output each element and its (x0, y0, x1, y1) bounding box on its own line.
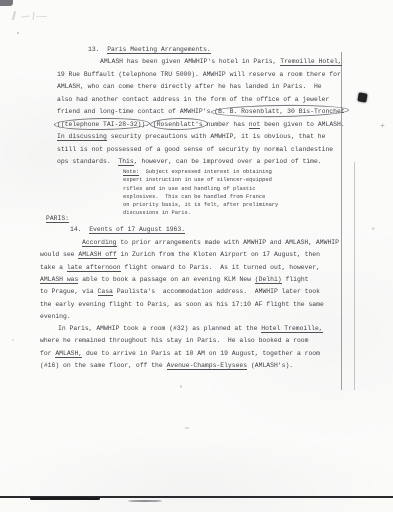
underlined-text: Paris Meeting Arrangements. (107, 46, 211, 54)
text-segment: for (40, 350, 55, 357)
text-segment: flight (282, 276, 309, 283)
text-segment: would see (40, 251, 78, 258)
document-line: According to prior arrangements made wit… (82, 239, 339, 247)
document-line: friend and long-time contact of AMWHIP's… (57, 108, 345, 116)
scanned-document-page: 13. Paris Meeting Arrangements.AMLASH ha… (0, 0, 393, 512)
text-segment: flight onward to Paris. As it turned out… (121, 264, 320, 271)
text-segment: (AMLASH's). (247, 362, 293, 369)
text-segment: 19 Rue Buffault (telephone TRU 5000). AM… (57, 71, 341, 78)
document-line: explosives. This can be handled from Fra… (123, 193, 265, 201)
text-segment: security precautions with AMWHIP, it is … (107, 133, 326, 140)
document-line: In discussing security precautions with … (57, 133, 325, 141)
document-line: 14. Events of 17 August 1963. (70, 226, 185, 234)
document-line: Note: Subject expressed interest in obta… (123, 168, 272, 176)
text-segment: (#16) on the same floor, off the (40, 362, 167, 369)
document-line: In Paris, AMWHIP took a room (#32) as pl… (58, 325, 323, 333)
text-segment: friend and long-time contact of AMWHIP's (57, 108, 214, 115)
document-line: AMLASH, who can come there directly afte… (57, 83, 322, 91)
underlined-text: AMLASH off (78, 251, 116, 259)
document-line: ((telephone TAI-28-32)). (Rosenblatt's n… (57, 121, 345, 129)
underlined-text: Tremoille Hotel, (280, 58, 341, 66)
document-line: the early evening flight to Paris, as so… (40, 301, 324, 309)
document-line: would see AMLASH off in Zurich from the … (40, 251, 320, 259)
document-line: to Prague, via Casa Paulista's accommoda… (40, 288, 320, 296)
document-line: also had another contact address in the … (57, 96, 329, 104)
document-line: AMLASH was able to book a passage on an … (40, 276, 309, 284)
text-segment: number has (203, 121, 249, 128)
document-line: on priority basis, it is felt, after pre… (123, 201, 278, 209)
underlined-text: This (118, 158, 133, 166)
document-line: PARIS: (46, 215, 69, 223)
underlined-text: Note: (123, 169, 139, 176)
text-segment: Subject expressed interest in obtaining (139, 169, 272, 175)
text-segment: explosives. This can be handled from Fra… (123, 194, 265, 200)
text-segment: Paulista's accommodation address. AMWHIP… (113, 288, 320, 295)
document-line: for AMLASH, due to arrive in Paris at 10… (40, 350, 320, 358)
underlined-text: Avenue-Champs-Elysees (167, 362, 248, 370)
document-line: where he remained throughout his stay in… (40, 337, 308, 345)
document-line: expert instruction in use of silencer-eq… (123, 176, 272, 184)
document-text: 13. Paris Meeting Arrangements.AMLASH ha… (0, 0, 393, 512)
document-line: ops standards. This, however, can be imp… (57, 158, 322, 166)
underlined-text: Events of 17 August 1963. (89, 226, 185, 234)
text-segment: discussions in Paris. (123, 210, 191, 216)
text-segment: on priority basis, it is felt, after pre… (123, 202, 278, 208)
annotation-circled-text: ((telephone TAI-28-32)) (57, 121, 145, 128)
text-segment: able to book a passage on an evening KLM… (78, 276, 254, 283)
text-segment: ops standards. (57, 158, 118, 165)
document-line: 13. Paris Meeting Arrangements. (88, 46, 211, 54)
text-segment: 13. (88, 46, 107, 53)
text-segment: 14. (70, 226, 89, 233)
document-line: evening. (40, 313, 71, 321)
underlined-text: PARIS: (46, 215, 69, 223)
text-segment: been given to AMLASH. (260, 121, 344, 128)
text-segment: rifles and in use and handling of plasti… (123, 186, 256, 192)
text-segment: to prior arrangements made with AMWHIP a… (117, 239, 339, 246)
text-segment: expert instruction in use of silencer-eq… (123, 177, 272, 183)
text-segment: evening. (40, 313, 71, 320)
underlined-text: According (82, 239, 117, 247)
document-line: rifles and in use and handling of plasti… (123, 185, 256, 193)
text-segment: In Paris, AMWHIP took a room (#32) as pl… (58, 325, 261, 332)
underlined-text: (Delhi) (255, 276, 282, 284)
underlined-text: In discussing (57, 133, 107, 141)
document-line: still is not possessed of a good sense o… (57, 146, 333, 154)
underlined-text: late afternoon (67, 264, 121, 272)
document-line: 19 Rue Buffault (telephone TRU 5000). AM… (57, 71, 341, 79)
underlined-text: AMLASH was (40, 276, 78, 284)
underlined-text: Casa (98, 288, 113, 296)
document-line: take a late afternoon flight onward to P… (40, 264, 320, 272)
text-segment: AMLASH, who can come there directly afte… (57, 83, 322, 90)
annotation-circled-text: (Rosenblatt's (153, 121, 203, 128)
document-line: AMLASH has been given AMWHIP's hotel in … (100, 58, 342, 66)
text-segment: , however, can be improved over a period… (134, 158, 322, 165)
text-segment: to Prague, via (40, 288, 98, 295)
document-line: (#16) on the same floor, off the Avenue-… (40, 362, 293, 370)
underlined-text: AMLASH, (55, 350, 82, 358)
text-segment: the early evening flight to Paris, as so… (40, 301, 324, 308)
annotation-circled-text: (B. B. Rosenblatt, 30 Bis-Tronchet (214, 108, 344, 115)
text-segment: still is not possessed of a good sense o… (57, 146, 333, 153)
underlined-text: Hotel Tremoille, (261, 325, 322, 333)
underlined-text: not (249, 121, 261, 129)
text-segment: also had another contact address in the … (57, 96, 329, 103)
text-segment: in Zurich from the Kloten Airport on 17 … (117, 251, 320, 258)
document-line: discussions in Paris. (123, 209, 191, 217)
text-segment: take a (40, 264, 67, 271)
text-segment: AMLASH has been given AMWHIP's hotel in … (100, 58, 280, 65)
text-segment: due to arrive in Paris at 10 AM on 19 Au… (82, 350, 320, 357)
text-segment: where he remained throughout his stay in… (40, 337, 308, 344)
